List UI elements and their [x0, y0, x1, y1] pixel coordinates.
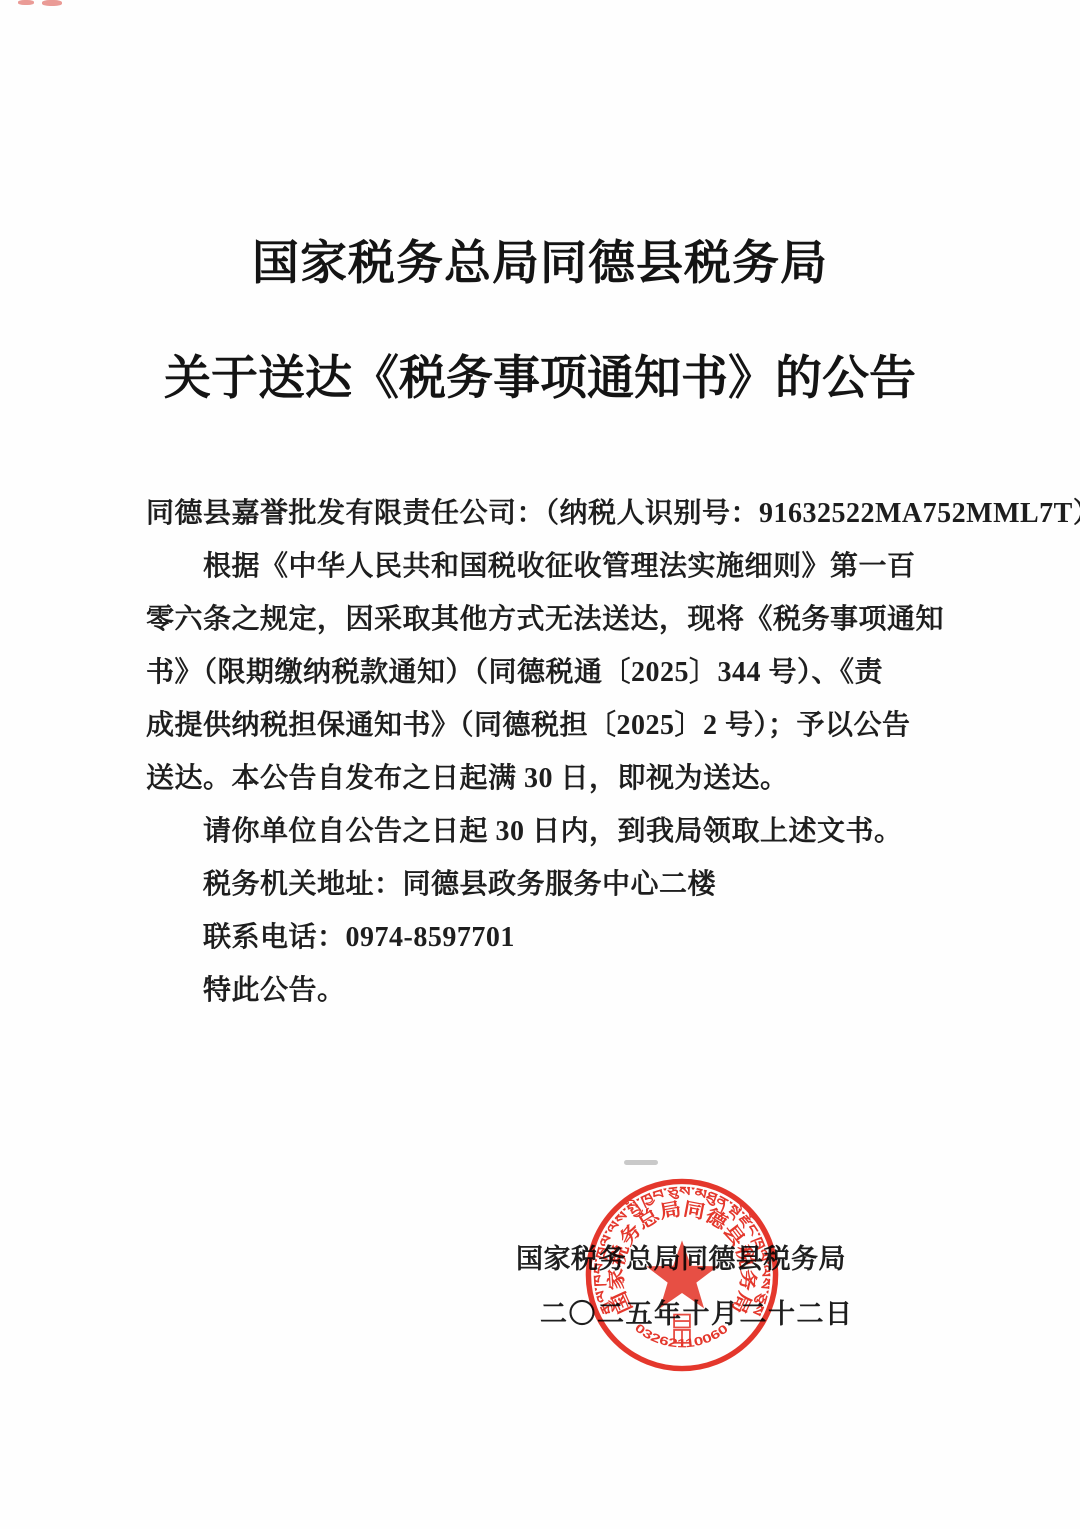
body-line: 税务机关地址：同德县政务服务中心二楼	[146, 858, 946, 911]
body-text: 同德县嘉誉批发有限责任公司：（纳税人识别号：91632522MA752MML7T…	[146, 487, 946, 1017]
scan-artifact	[18, 0, 34, 5]
body-line: 零六条之规定，因采取其他方式无法送达，现将《税务事项通知	[146, 593, 946, 646]
page-subtitle: 关于送达《税务事项通知书》的公告	[0, 341, 1080, 408]
scan-artifact	[42, 0, 62, 6]
body-line: 根据《中华人民共和国税收征收管理法实施细则》第一百	[146, 540, 946, 593]
body-line: 联系电话：0974-8597701	[146, 911, 946, 964]
page-title: 国家税务总局同德县税务局	[0, 226, 1080, 293]
signature-date: 二〇二五年十月二十二日	[540, 1292, 854, 1331]
body-line: 同德县嘉誉批发有限责任公司：（纳税人识别号：91632522MA752MML7T…	[146, 487, 946, 540]
body-line: 成提供纳税担保通知书》（同德税担〔2025〕2 号）；予以公告	[146, 699, 946, 752]
body-line: 特此公告。	[146, 964, 946, 1017]
document-page: 国家税务总局同德县税务局 关于送达《税务事项通知书》的公告 同德县嘉誉批发有限责…	[0, 0, 1080, 1529]
scan-artifact	[624, 1160, 658, 1165]
body-line: 送达。本公告自发布之日起满 30 日，即视为送达。	[146, 752, 946, 805]
signature-org: 国家税务总局同德县税务局	[516, 1237, 846, 1276]
body-line: 请你单位自公告之日起 30 日内，到我局领取上述文书。	[146, 805, 946, 858]
body-line: 书》（限期缴纳税款通知）（同德税通〔2025〕344 号）、《责	[146, 646, 946, 699]
